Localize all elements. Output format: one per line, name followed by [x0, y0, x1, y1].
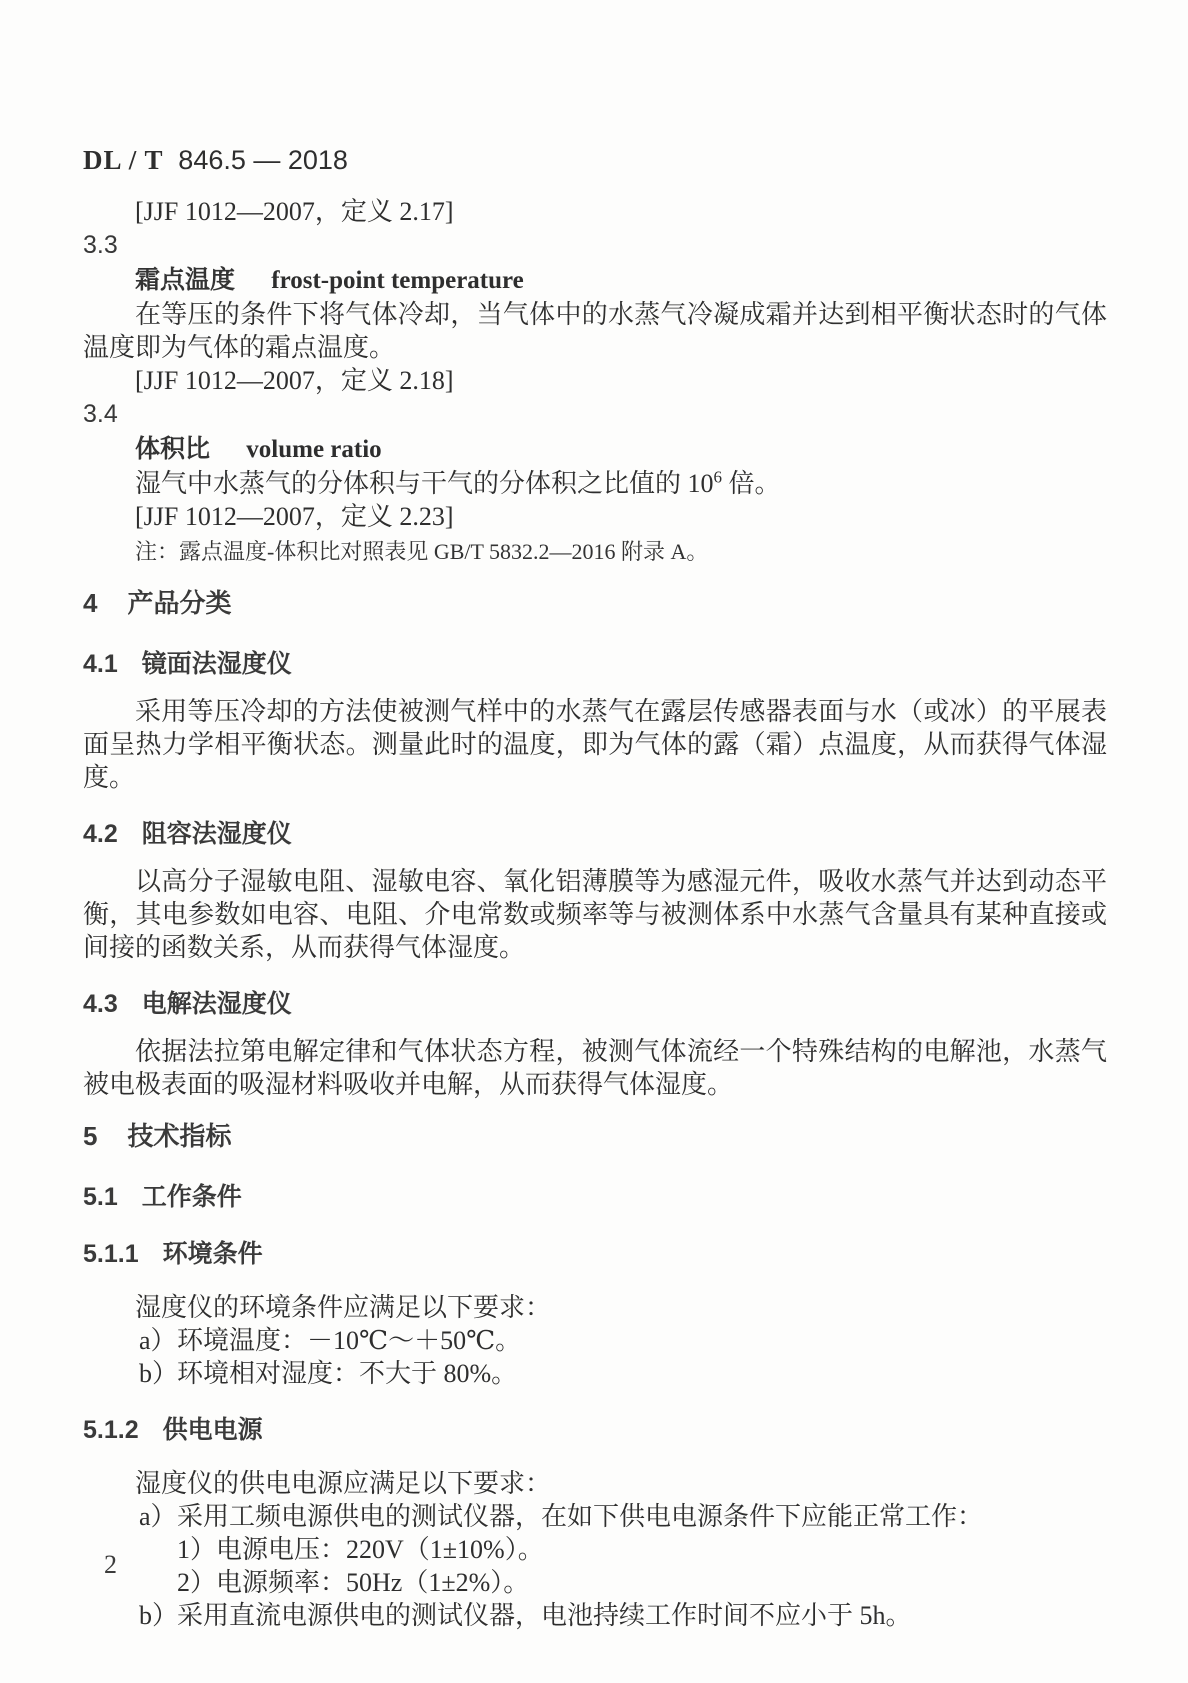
clause-4-2-title: 阻容法湿度仪: [142, 820, 292, 848]
clause-4-3-title: 电解法湿度仪: [142, 990, 292, 1018]
clause-5-number: 5: [83, 1121, 97, 1151]
clause-5-1-2-title: 供电电源: [163, 1416, 263, 1444]
list-item-env-humidity: b） 环境相对湿度：不大于 80%。: [83, 1357, 1107, 1390]
definition-source-ref-2-18: [JJF 1012—2007，定义 2.18]: [83, 364, 1107, 397]
clause-4-3-body: 依据法拉第电解定律和气体状态方程，被测气体流经一个特殊结构的电解池，水蒸气被电极…: [83, 1035, 1107, 1101]
clause-3-3-definition: 在等压的条件下将气体冷却，当气体中的水蒸气冷凝成霜并达到相平衡状态时的气体温度即…: [83, 298, 1107, 364]
clause-4-2-body: 以高分子湿敏电阻、湿敏电容、氧化铝薄膜等为感湿元件，吸收水蒸气并达到动态平衡，其…: [83, 865, 1107, 964]
term-heading-volume-ratio: 体积比 volume ratio: [83, 432, 1107, 467]
definition-text-post: 倍。: [722, 469, 781, 498]
clause-4-2-heading: 4.2阻容法湿度仪: [83, 817, 1107, 851]
list-subitem-label: 1）: [177, 1533, 216, 1566]
clause-5-1-1-number: 5.1.1: [83, 1240, 139, 1268]
list-item-text: 采用工频电源供电的测试仪器，在如下供电电源条件下应能正常工作：: [177, 1502, 983, 1531]
standard-code-number: 846.5 — 2018: [178, 145, 348, 175]
clause-5-1-2-heading: 5.1.2供电电源: [83, 1413, 1107, 1447]
term-zh-volume-ratio: 体积比: [135, 435, 210, 463]
list-subitem-voltage: 1） 电源电压：220V（1±10%）。: [83, 1533, 1107, 1566]
list-item-dc-power: b） 采用直流电源供电的测试仪器，电池持续工作时间不应小于 5h。: [83, 1599, 1107, 1632]
clause-4-2-number: 4.2: [83, 820, 118, 848]
clause-5-1-number: 5.1: [83, 1183, 118, 1211]
clause-5-1-1-heading: 5.1.1环境条件: [83, 1237, 1107, 1271]
clause-5-1-2-number: 5.1.2: [83, 1416, 139, 1444]
clause-5-heading: 5技术指标: [83, 1119, 1107, 1153]
list-item-label: a）: [139, 1324, 177, 1357]
clause-4-title: 产品分类: [127, 588, 231, 618]
list-item-text: 环境温度：－10℃～＋50℃。: [177, 1326, 521, 1355]
list-item-label: b）: [139, 1357, 178, 1390]
list-subitem-label: 2）: [177, 1566, 216, 1599]
list-item-label: b）: [139, 1599, 178, 1632]
page-content: DL / T 846.5 — 2018 [JJF 1012—2007，定义 2.…: [83, 145, 1107, 1632]
standard-header: DL / T 846.5 — 2018: [83, 145, 1107, 175]
clause-3-4-number: 3.4: [83, 397, 1107, 432]
definition-text-pre: 湿气中水蒸气的分体积与干气的分体积之比值的 10: [135, 469, 714, 498]
clause-3-4-definition: 湿气中水蒸气的分体积与干气的分体积之比值的 106 倍。: [83, 467, 1107, 500]
clause-4-1-heading: 4.1镜面法湿度仪: [83, 647, 1107, 681]
clause-5-1-title: 工作条件: [142, 1183, 242, 1211]
list-item-ac-power: a） 采用工频电源供电的测试仪器，在如下供电电源条件下应能正常工作：: [83, 1500, 1107, 1533]
list-item-text: 环境相对湿度：不大于 80%。: [177, 1359, 517, 1388]
term-en-frost-point: frost-point temperature: [271, 267, 524, 294]
list-item-text: 采用直流电源供电的测试仪器，电池持续工作时间不应小于 5h。: [177, 1601, 912, 1630]
term-zh-frost-point: 霜点温度: [135, 266, 235, 294]
scanned-standard-page: DL / T 846.5 — 2018 [JJF 1012—2007，定义 2.…: [0, 0, 1188, 1683]
list-subitem-text: 电源电压：220V（1±10%）。: [216, 1535, 544, 1564]
clause-5-1-2-intro: 湿度仪的供电电源应满足以下要求：: [83, 1467, 1107, 1500]
list-subitem-text: 电源频率：50Hz（1±2%）。: [216, 1568, 529, 1597]
clause-4-heading: 4产品分类: [83, 586, 1107, 620]
clause-3-3-number: 3.3: [83, 228, 1107, 263]
term-heading-frost-point: 霜点温度 frost-point temperature: [83, 263, 1107, 298]
clause-5-1-1-title: 环境条件: [163, 1240, 263, 1268]
clause-4-1-title: 镜面法湿度仪: [142, 650, 292, 678]
clause-4-3-heading: 4.3电解法湿度仪: [83, 987, 1107, 1021]
clause-4-1-number: 4.1: [83, 650, 118, 678]
list-subitem-frequency: 2） 电源频率：50Hz（1±2%）。: [83, 1566, 1107, 1599]
list-item-env-temperature: a） 环境温度：－10℃～＋50℃。: [83, 1324, 1107, 1357]
clause-4-1-body: 采用等压冷却的方法使被测气样中的水蒸气在露层传感器表面与水（或冰）的平展表面呈热…: [83, 695, 1107, 794]
standard-code-prefix: DL / T: [83, 145, 164, 175]
term-en-volume-ratio: volume ratio: [246, 436, 381, 463]
definition-source-ref-2-23: [JJF 1012—2007，定义 2.23]: [83, 500, 1107, 533]
definition-source-ref-2-17: [JJF 1012—2007，定义 2.17]: [83, 195, 1107, 228]
clause-5-title: 技术指标: [127, 1121, 231, 1151]
clause-5-1-heading: 5.1工作条件: [83, 1180, 1107, 1214]
list-item-label: a）: [139, 1500, 177, 1533]
clause-3-4-note: 注：露点温度-体积比对照表见 GB/T 5832.2—2016 附录 A。: [83, 536, 1107, 568]
superscript-exponent: 6: [714, 467, 723, 486]
page-number: 2: [104, 1550, 117, 1580]
clause-4-3-number: 4.3: [83, 990, 118, 1018]
clause-5-1-1-intro: 湿度仪的环境条件应满足以下要求：: [83, 1291, 1107, 1324]
clause-4-number: 4: [83, 588, 97, 618]
